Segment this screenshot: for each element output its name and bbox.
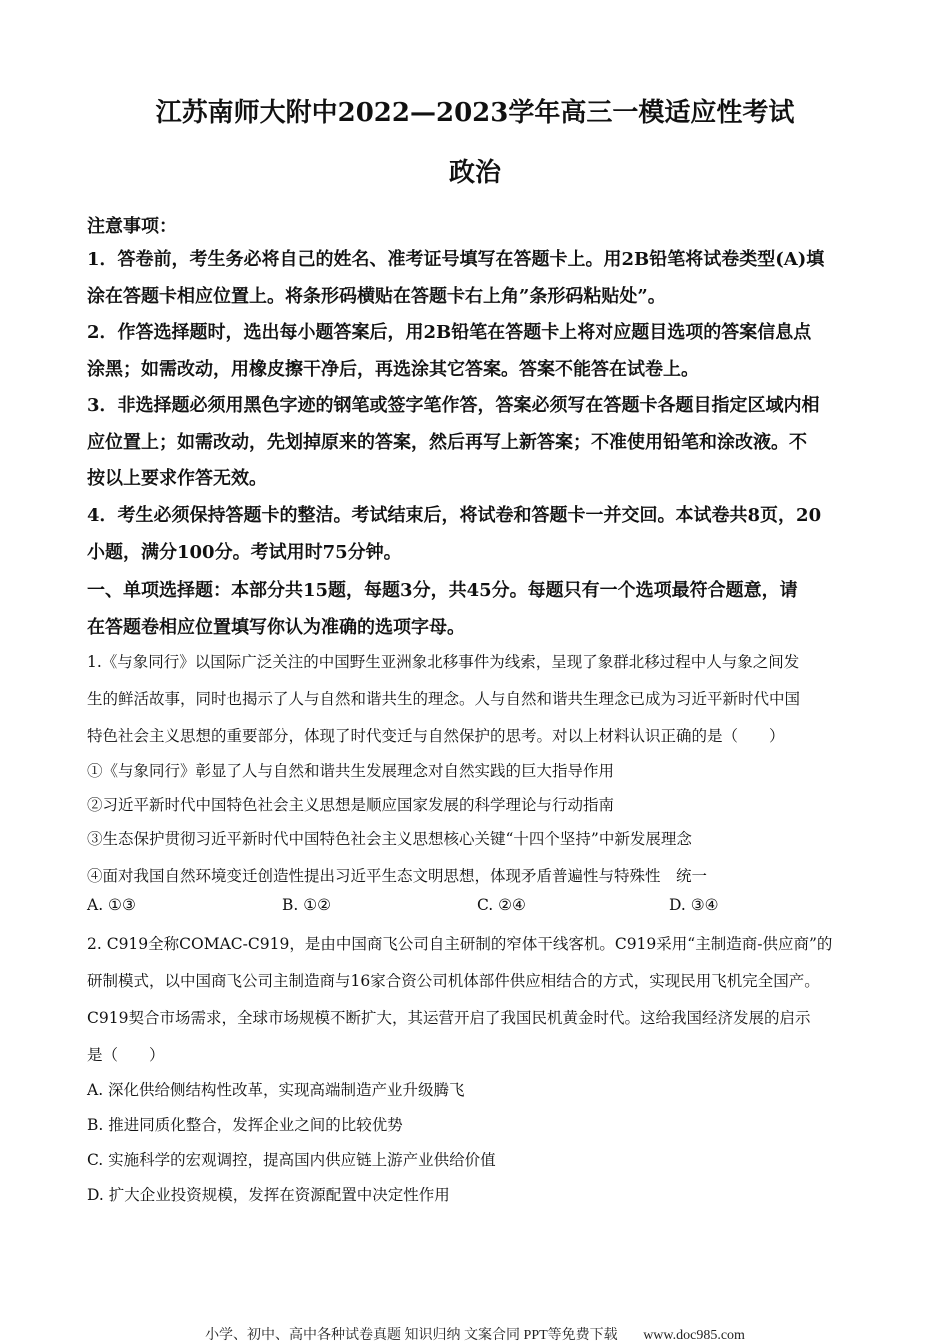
question-stem: 生的鲜活故事，同时也揭示了人与自然和谐共生的理念。人与自然和谐共生理念已成为习近…	[87, 687, 800, 709]
notice-line: 小题，满分100分。考试用时75分钟。	[87, 538, 402, 564]
question-stem: 是（ ）	[87, 1043, 165, 1065]
option-c: C. 实施科学的宏观调控，提高国内供应链上游产业供给价值	[87, 1148, 496, 1170]
question-stem: 2. C919全称COMAC-C919，是由中国商飞公司自主研制的窄体干线客机。…	[87, 932, 832, 954]
notice-heading: 注意事项：	[87, 212, 177, 238]
notice-line: 1．答卷前，考生务必将自己的姓名、准考证号填写在答题卡上。用2B铅笔将试卷类型(…	[87, 245, 824, 271]
statement: ①《与象同行》彰显了人与自然和谐共生发展理念对自然实践的巨大指导作用	[87, 759, 614, 781]
option-d: D. 扩大企业投资规模，发挥在资源配置中决定性作用	[87, 1183, 450, 1205]
footer-url[interactable]: www.doc985.com	[643, 1328, 745, 1343]
exam-title: 江苏南师大附中2022—2023学年高三一模适应性考试	[0, 92, 950, 129]
notice-line: 涂在答题卡相应位置上。将条形码横贴在答题卡右上角”条形码粘贴处”。	[87, 282, 666, 308]
notice-line: 应位置上；如需改动，先划掉原来的答案，然后再写上新答案；不准使用铅笔和涂改液。不	[87, 428, 807, 454]
statement: ③生态保护贯彻习近平新时代中国特色社会主义思想核心关键“十四个坚持”中新发展理念	[87, 827, 692, 849]
notice-line: 2．作答选择题时，选出每小题答案后，用2B铅笔在答题卡上将对应题目选项的答案信息…	[87, 318, 811, 344]
option-b: B. ①②	[282, 896, 331, 914]
option-c: C. ②④	[477, 896, 526, 914]
question-stem: 1.《与象同行》以国际广泛关注的中国野生亚洲象北移事件为线索，呈现了象群北移过程…	[87, 650, 799, 672]
notice-line: 涂黑；如需改动，用橡皮擦干净后，再选涂其它答案。答案不能答在试卷上。	[87, 355, 699, 381]
notice-line: 3．非选择题必须用黑色字迹的钢笔或签字笔作答，答案必须写在答题卡各题目指定区域内…	[87, 391, 820, 417]
option-a: A. 深化供给侧结构性改革，实现高端制造产业升级腾飞	[87, 1078, 465, 1100]
notice-line: 按以上要求作答无效。	[87, 464, 267, 490]
footer-text: 小学、初中、高中各种试卷真题 知识归纳 文案合同 PPT等免费下载	[205, 1328, 618, 1343]
section-heading: 在答题卷相应位置填写你认为准确的选项字母。	[87, 613, 465, 639]
option-d: D. ③④	[669, 896, 719, 914]
page-footer: 小学、初中、高中各种试卷真题 知识归纳 文案合同 PPT等免费下载 www.do…	[0, 1324, 950, 1344]
option-b: B. 推进同质化整合，发挥企业之间的比较优势	[87, 1113, 403, 1135]
question-stem: 特色社会主义思想的重要部分，体现了时代变迁与自然保护的思考。对以上材料认识正确的…	[87, 724, 785, 746]
statement: ④面对我国自然环境变迁创造性提出习近平生态文明思想，体现矛盾普遍性与特殊性 统一	[87, 864, 707, 886]
statement: ②习近平新时代中国特色社会主义思想是顺应国家发展的科学理论与行动指南	[87, 793, 614, 815]
notice-line: 4．考生必须保持答题卡的整洁。考试结束后，将试卷和答题卡一并交回。本试卷共8页，…	[87, 501, 821, 527]
section-heading: 一、单项选择题：本部分共15题，每题3分，共45分。每题只有一个选项最符合题意，…	[87, 576, 798, 602]
exam-subject: 政治	[0, 152, 950, 189]
option-a: A. ①③	[87, 896, 136, 914]
question-stem: 研制模式，以中国商飞公司主制造商与16家合资公司机体部件供应相结合的方式，实现民…	[87, 969, 820, 991]
question-stem: C919契合市场需求，全球市场规模不断扩大，其运营开启了我国民机黄金时代。这给我…	[87, 1006, 810, 1028]
